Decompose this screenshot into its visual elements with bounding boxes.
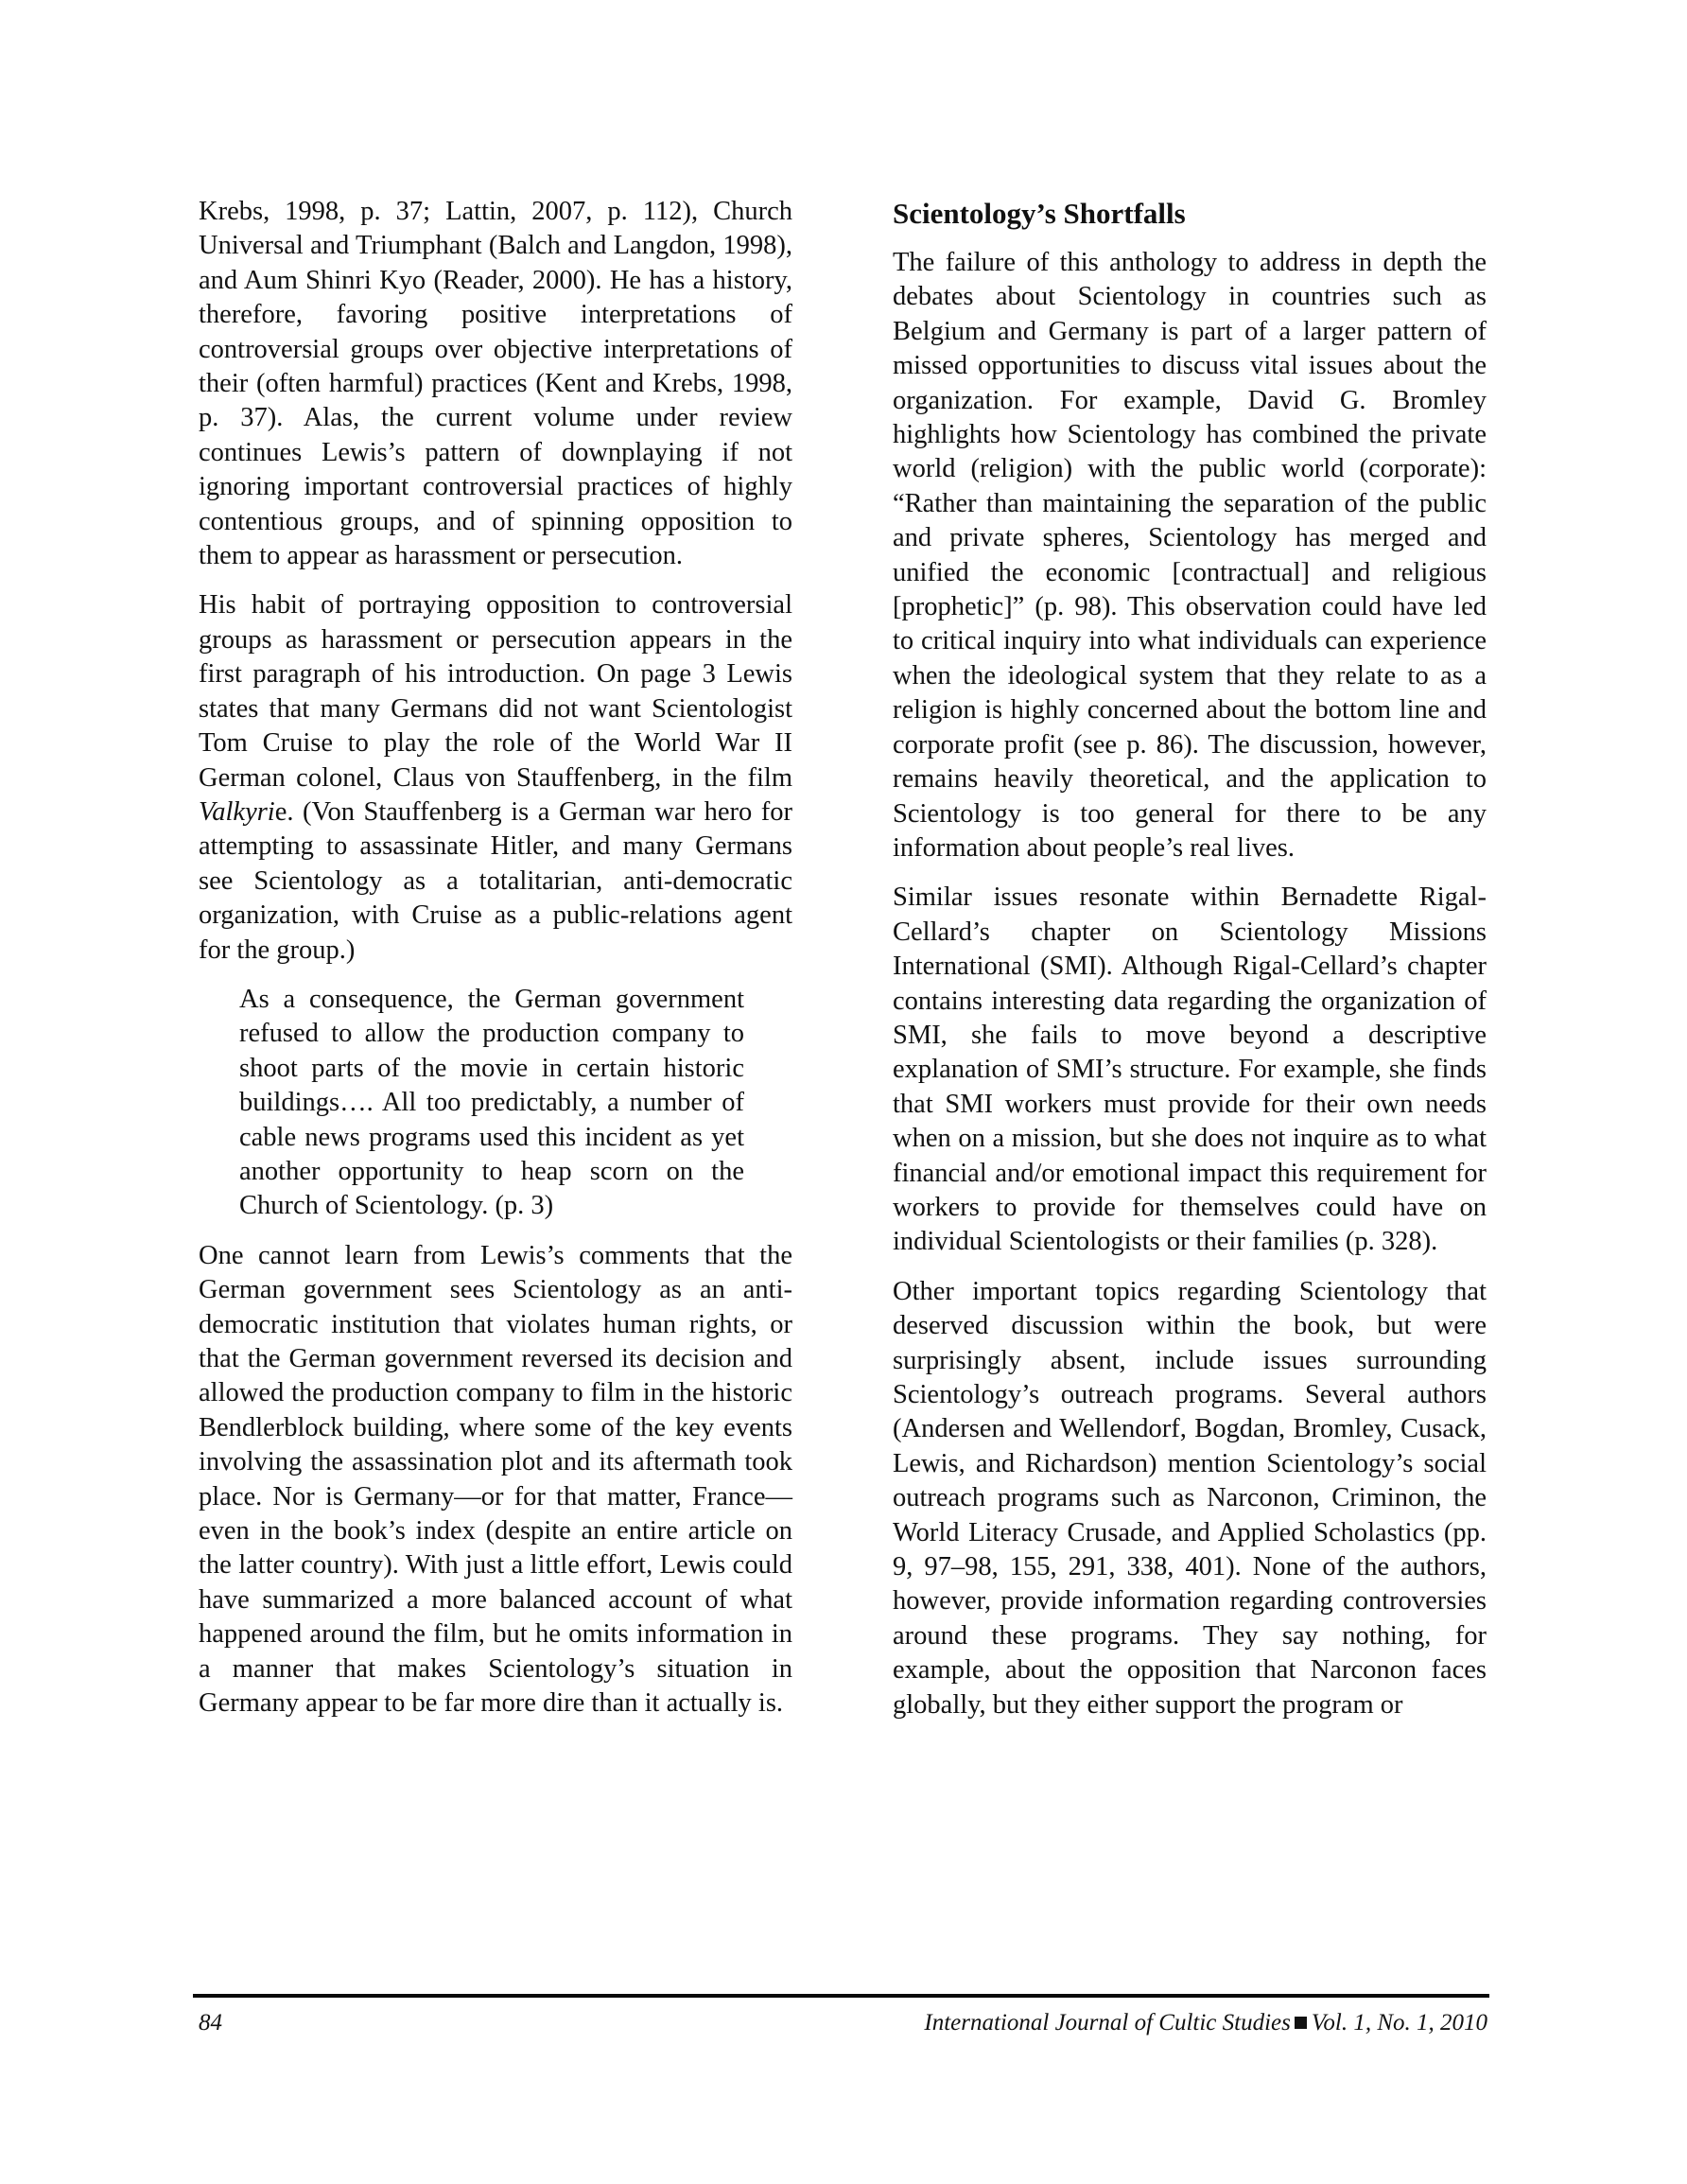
footer-rule — [193, 1994, 1489, 1998]
paragraph: Krebs, 1998, p. 37; Lattin, 2007, p. 112… — [199, 195, 792, 573]
paragraph: The failure of this anthology to address… — [893, 246, 1487, 865]
paragraph: Similar issues resonate within Bernadett… — [893, 881, 1487, 1259]
journal-citation: International Journal of Cultic StudiesV… — [924, 2009, 1487, 2037]
right-column: Scientology’s Shortfalls The failure of … — [893, 195, 1487, 1738]
black-square-icon — [1295, 2017, 1307, 2029]
paragraph-text: His habit of portraying opposition to co… — [199, 590, 792, 792]
paragraph: His habit of portraying opposition to co… — [199, 588, 792, 967]
left-column: Krebs, 1998, p. 37; Lattin, 2007, p. 112… — [199, 195, 792, 1736]
film-title: Valkyri — [199, 797, 275, 827]
journal-volume: Vol. 1, No. 1, 2010 — [1312, 2010, 1487, 2035]
section-heading: Scientology’s Shortfalls — [893, 197, 1487, 231]
paragraph-text: e. (Von Stauffenberg is a German war her… — [199, 797, 792, 965]
block-quote: As a consequence, the German government … — [239, 983, 744, 1224]
paragraph: Other important topics regarding Sciento… — [893, 1275, 1487, 1722]
journal-name: International Journal of Cultic Studies — [924, 2010, 1290, 2035]
paragraph: One cannot learn from Lewis’s comments t… — [199, 1239, 792, 1721]
page-number: 84 — [199, 2009, 222, 2037]
